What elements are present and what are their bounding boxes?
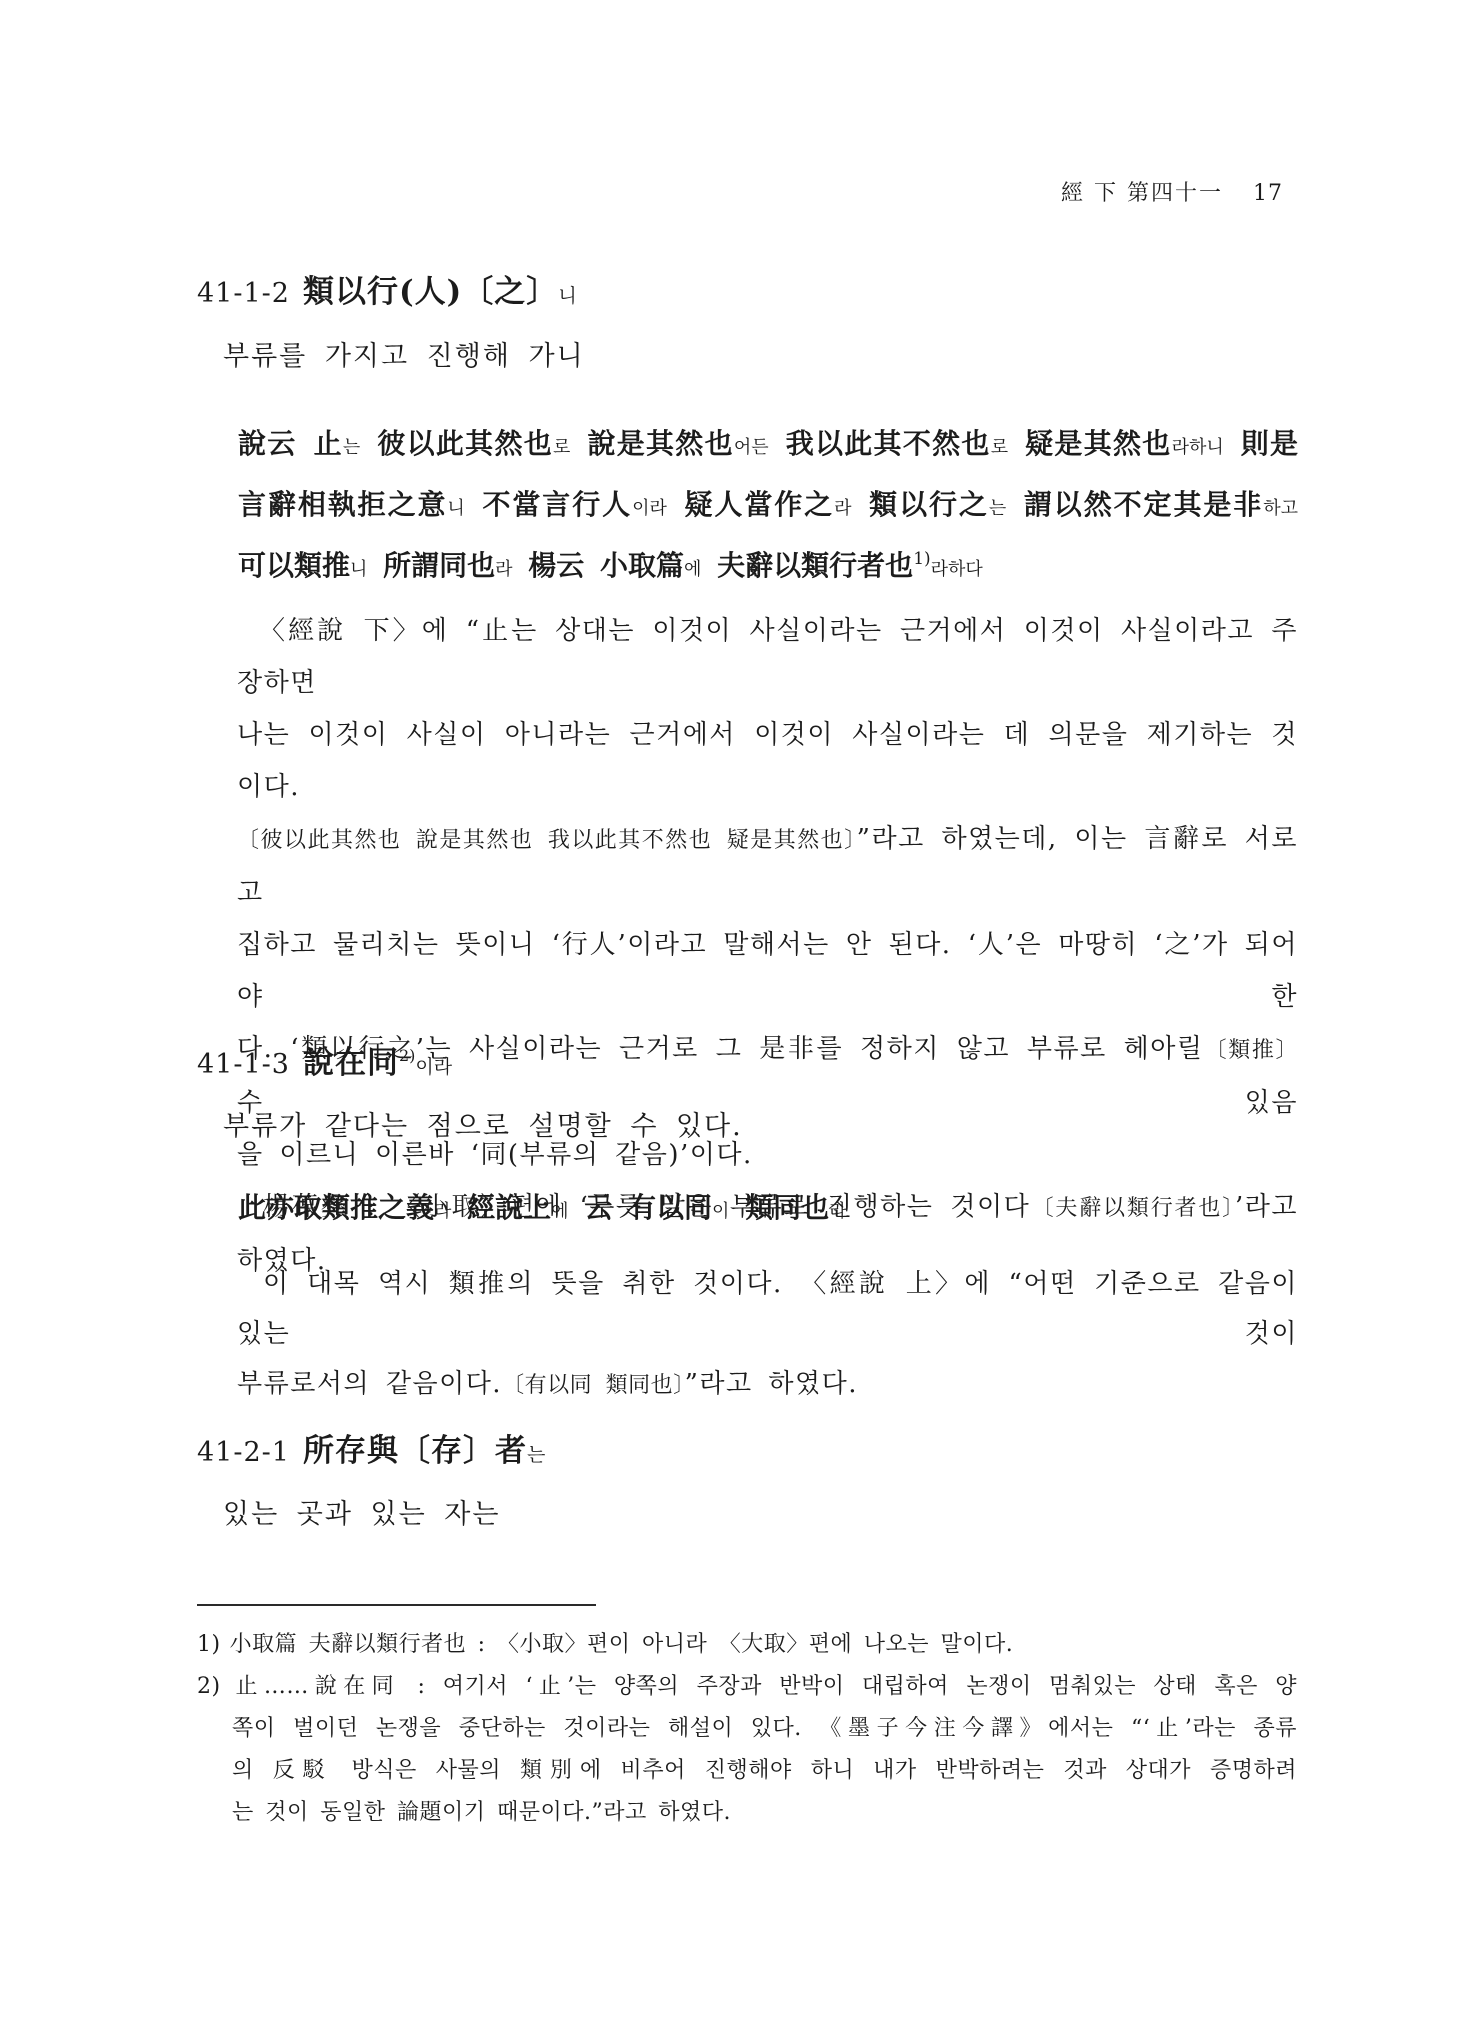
text-segment-hanja: 說是其然也	[570, 427, 733, 460]
text-segment-to: 로	[991, 437, 1008, 458]
text-segment-hanja: 云 有以同	[569, 1191, 713, 1224]
text-segment-hanja: 說云 止	[238, 427, 343, 460]
footnote-line: 의 反駁 방식은 사물의 類別에 비추어 진행해야 하니 내가 반박하려는 것과…	[232, 1750, 1297, 1792]
section-id: 41-1-2	[197, 278, 290, 309]
text-segment-plain: 쪽이 벌이던 논쟁을 중단하는 것이라는 해설이 있다. 《墨子今注今譯》에서는…	[232, 1716, 1297, 1741]
text-segment-to: 라	[495, 559, 512, 580]
text-segment-to: 니	[350, 559, 367, 580]
section-heading-41-1-2: 41-1-2類以行(人)〔之〕니	[197, 270, 577, 318]
commentary-line: 此亦取類推之義라 經說上에 云 有以同이 類同也라	[238, 1179, 1298, 1240]
text-segment-to: 로	[553, 437, 570, 458]
text-segment-hanja: 此亦取類推之義	[238, 1191, 434, 1224]
text-segment-to: 니	[447, 498, 464, 519]
text-segment-plain: 나는 이것이 사실이 아니라는 근거에서 이것이 사실이라는 데 의문을 제기하…	[237, 720, 1298, 802]
text-segment-hanja: 所謂同也	[367, 549, 495, 582]
explanation-line: 나는 이것이 사실이 아니라는 근거에서 이것이 사실이라는 데 의문을 제기하…	[237, 709, 1298, 813]
explanation-line: 부류로서의 같음이다.〔有以同 類同也〕”라고 하였다.	[237, 1359, 1298, 1411]
translation-41-1-3: 부류가 같다는 점으로 설명할 수 있다.	[223, 1107, 743, 1147]
text-segment-to: 는	[343, 437, 360, 458]
text-segment-plain: ”라고 하였다.	[685, 1369, 858, 1399]
text-segment-shan: 〔彼以此其然也 說是其然也 我以此其不然也 疑是其然也〕	[237, 828, 857, 853]
section-id: 41-1-3	[197, 1049, 290, 1080]
footnote-text: 止……說在同 : 여기서 ‘止’는 양쪽의 주장과 반박이 대립하여 논쟁이 멈…	[230, 1674, 1297, 1699]
text-segment-hanja: 經說上	[451, 1191, 551, 1224]
text-segment-to: 어든	[734, 437, 769, 458]
commentary-line: 言辭相執拒之意니 不當言行人이라 疑人當作之라 類以行之는 謂以然不定其是非하고	[238, 476, 1298, 537]
text-segment-to: 라	[434, 1201, 451, 1222]
text-segment-shan: 〔有以同 類同也〕	[502, 1373, 685, 1398]
explanation-line: 집하고 물리치는 뜻이니 ‘行人’이라고 말해서는 안 된다. ‘人’은 마땅히…	[237, 919, 1298, 1023]
text-segment-to: 라하다	[931, 559, 983, 580]
text-segment-hanja: 說在同	[303, 1045, 399, 1081]
text-segment-to: 이라	[632, 498, 667, 519]
section-headword: 說在同2)이라	[303, 1049, 452, 1080]
document-page: 經 下 第四十一17 41-1-2類以行(人)〔之〕니 부류를 가지고 진행해 …	[0, 0, 1480, 2024]
text-segment-plain: 止……說在同 : 여기서 ‘止’는 양쪽의 주장과 반박이 대립하여 논쟁이 멈…	[230, 1674, 1297, 1699]
text-segment-plain: 이 대목 역시 類推의 뜻을 취한 것이다. 〈經說 上〉에 “어떤 기준으로 …	[237, 1269, 1298, 1349]
text-segment-hanja: 則是	[1224, 427, 1298, 460]
text-segment-plain: 는 것이 동일한 論題이기 때문이다.”라고 하였다.	[232, 1800, 731, 1825]
text-segment-hanja: 類以行(人)〔之〕	[303, 274, 558, 310]
text-segment-to: 에	[684, 559, 701, 580]
footnote-line: 1)小取篇 夫辭以類行者也 : 〈小取〉편이 아니라 〈大取〉편에 나오는 말이…	[197, 1624, 1297, 1666]
commentary-41-1-2: 說云 止는 彼以此其然也로 說是其然也어든 我以此其不然也로 疑是其然也라하니 …	[238, 415, 1298, 599]
text-segment-plain: 부류로서의 같음이다.	[237, 1369, 502, 1399]
text-segment-plain: 의 反駁 방식은 사물의 類別에 비추어 진행해야 하니 내가 반박하려는 것과…	[232, 1758, 1297, 1783]
text-segment-to: 는	[989, 498, 1006, 519]
text-segment-hanja: 楊云 小取篇	[513, 549, 685, 582]
text-segment-to: 는	[527, 1444, 545, 1466]
text-segment-hanja: 可以類推	[238, 549, 350, 582]
translation-41-2-1: 있는 곳과 있는 자는	[223, 1495, 500, 1535]
text-segment-to: 이	[712, 1201, 729, 1222]
translation-41-1-2: 부류를 가지고 진행해 가니	[223, 337, 585, 377]
text-segment-sup: 2)	[399, 1046, 415, 1065]
section-id: 41-2-1	[197, 1437, 290, 1468]
text-segment-hanja: 所存與〔存〕者	[303, 1433, 527, 1469]
commentary-41-1-3: 此亦取類推之義라 經說上에 云 有以同이 類同也라	[238, 1179, 1298, 1240]
commentary-line: 可以類推니 所謂同也라 楊云 小取篇에 夫辭以類行者也1)라하다	[238, 537, 1298, 599]
explanation-41-1-3: 이 대목 역시 類推의 뜻을 취한 것이다. 〈經說 上〉에 “어떤 기준으로 …	[237, 1259, 1298, 1411]
text-segment-to: 에	[551, 1201, 568, 1222]
text-segment-hanja: 謂以然不定其是非	[1006, 488, 1263, 521]
explanation-line: 이 대목 역시 類推의 뜻을 취한 것이다. 〈經說 上〉에 “어떤 기준으로 …	[237, 1259, 1298, 1359]
running-head: 經 下 第四十一17	[1061, 176, 1283, 207]
text-segment-hanja: 我以此其不然也	[769, 427, 991, 460]
footnote-marker: 1)	[197, 1632, 221, 1657]
text-segment-hanja: 疑是其然也	[1008, 427, 1171, 460]
text-segment-to: 라	[829, 1201, 846, 1222]
explanation-line: 〔彼以此其然也 說是其然也 我以此其不然也 疑是其然也〕”라고 하였는데, 이는…	[237, 813, 1298, 919]
footnote-2: 2)止……說在同 : 여기서 ‘止’는 양쪽의 주장과 반박이 대립하여 논쟁이…	[197, 1666, 1297, 1834]
text-segment-sup: 1)	[913, 549, 930, 569]
text-segment-plain: 〈經說 下〉에 “止는 상대는 이것이 사실이라는 근거에서 이것이 사실이라고…	[237, 616, 1298, 698]
text-segment-to: 니	[558, 285, 576, 307]
chapter-title: 經 下 第四十一	[1061, 181, 1223, 206]
text-segment-to: 하고	[1263, 498, 1298, 519]
text-segment-hanja: 言辭相執拒之意	[238, 488, 447, 521]
text-segment-hanja: 不當言行人	[465, 488, 632, 521]
footnote-separator	[197, 1604, 596, 1606]
footnote-line: 쪽이 벌이던 논쟁을 중단하는 것이라는 해설이 있다. 《墨子今注今譯》에서는…	[232, 1708, 1297, 1750]
page-number: 17	[1253, 181, 1283, 206]
text-segment-hanja: 彼以此其然也	[360, 427, 553, 460]
text-segment-shan: 〔類推〕	[1203, 1038, 1298, 1063]
footnote-text: 小取篇 夫辭以類行者也 : 〈小取〉편이 아니라 〈大取〉편에 나오는 말이다.	[230, 1632, 1014, 1657]
footnote-marker: 2)	[197, 1674, 221, 1699]
text-segment-hanja: 夫辭以類行者也	[701, 549, 913, 582]
section-headword: 所存與〔存〕者는	[303, 1437, 545, 1468]
commentary-line: 說云 止는 彼以此其然也로 說是其然也어든 我以此其不然也로 疑是其然也라하니 …	[238, 415, 1298, 476]
text-segment-to: 라	[834, 498, 851, 519]
text-segment-hanja: 疑人當作之	[667, 488, 834, 521]
text-segment-plain: 小取篇 夫辭以類行者也 : 〈小取〉편이 아니라 〈大取〉편에 나오는 말이다.	[230, 1632, 1014, 1657]
section-heading-41-2-1: 41-2-1所存與〔存〕者는	[197, 1429, 545, 1477]
text-segment-plain: 집하고 물리치는 뜻이니 ‘行人’이라고 말해서는 안 된다. ‘人’은 마땅히…	[237, 930, 1298, 1012]
text-segment-hanja: 類以行之	[851, 488, 988, 521]
text-segment-hanja: 類同也	[729, 1191, 829, 1224]
text-segment-to: 라하니	[1172, 437, 1224, 458]
footnotes: 1)小取篇 夫辭以類行者也 : 〈小取〉편이 아니라 〈大取〉편에 나오는 말이…	[197, 1624, 1297, 1834]
explanation-line: 〈經說 下〉에 “止는 상대는 이것이 사실이라는 근거에서 이것이 사실이라고…	[237, 605, 1298, 709]
footnote-line: 는 것이 동일한 論題이기 때문이다.”라고 하였다.	[232, 1792, 1297, 1834]
section-headword: 類以行(人)〔之〕니	[303, 278, 577, 309]
footnote-1: 1)小取篇 夫辭以類行者也 : 〈小取〉편이 아니라 〈大取〉편에 나오는 말이…	[197, 1624, 1297, 1666]
footnote-line: 2)止……說在同 : 여기서 ‘止’는 양쪽의 주장과 반박이 대립하여 논쟁이…	[197, 1666, 1297, 1708]
section-heading-41-1-3: 41-1-3說在同2)이라	[197, 1041, 452, 1090]
text-segment-to: 이라	[415, 1056, 452, 1078]
